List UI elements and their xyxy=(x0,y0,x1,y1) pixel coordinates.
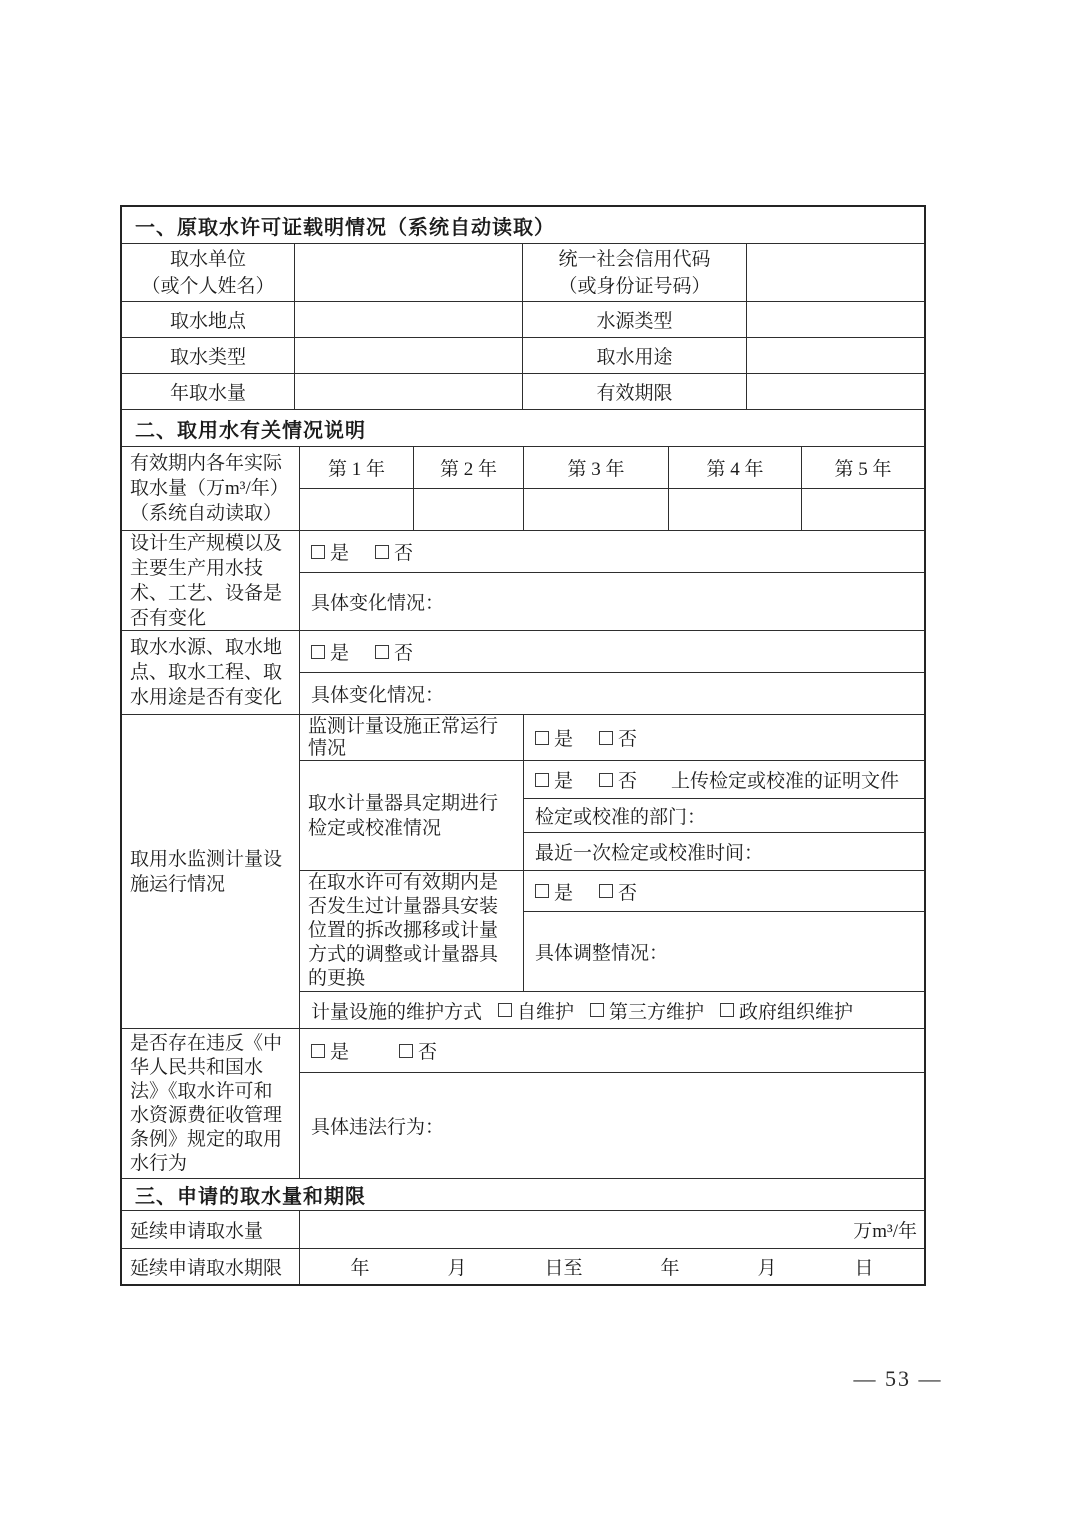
adjustment-yesno-row: 是 否 xyxy=(524,871,924,912)
calibration-last-time-label: 最近一次检定或校准时间： xyxy=(524,833,924,870)
period-year-end: 年 xyxy=(661,1253,680,1280)
renewal-period-label: 延续申请取水期限 xyxy=(122,1249,300,1284)
year-value-cell xyxy=(524,489,669,530)
choice-yes-label: 是 xyxy=(554,878,573,905)
year-header-cell: 第 5 年 xyxy=(802,447,924,488)
field-value-credit-code xyxy=(747,244,924,301)
period-day-end: 日 xyxy=(855,1253,874,1280)
table-row-annual-intake: 年取水量 有效期限 xyxy=(122,374,924,410)
renewal-application-form-table: 一、原取水许可证载明情况（系统自动读取） 取水单位 （或个人姓名） 统一社会信用… xyxy=(120,205,926,1286)
design-change-detail-row: 具体变化情况： xyxy=(300,573,924,629)
field-label-water-source-type: 水源类型 xyxy=(523,302,747,337)
yes-no-choices: 是 否 xyxy=(300,531,924,572)
change-detail-label: 具体变化情况： xyxy=(300,673,924,713)
year-value-cell xyxy=(300,489,414,530)
choice-yes-label: 是 xyxy=(554,766,573,793)
field-value-annual-intake xyxy=(295,374,523,409)
maintenance-mode-label: 计量设施的维护方式 xyxy=(311,997,482,1024)
choice-yes-label: 是 xyxy=(330,1037,349,1064)
adjustment-detail-row: 具体调整情况： xyxy=(524,912,924,991)
checkbox-government-maintenance xyxy=(720,1003,734,1017)
checkbox-yes xyxy=(311,1044,325,1058)
field-value-intake-location xyxy=(295,302,523,337)
checkbox-yes xyxy=(311,645,325,659)
field-label-credit-code: 统一社会信用代码 （或身份证号码） xyxy=(523,244,747,301)
option-third-party-maintenance: 第三方维护 xyxy=(609,997,704,1024)
yes-no-upload-choices: 是 否 上传检定或校准的证明文件 xyxy=(524,761,924,798)
design-change-yesno-row: 是 否 xyxy=(300,531,924,573)
field-value-water-source-type xyxy=(747,302,924,337)
calibration-last-time-row: 最近一次检定或校准时间： xyxy=(524,833,924,870)
source-change-label: 取水水源、取水地 点、取水工程、取 水用途是否有变化 xyxy=(122,631,300,714)
metering-normal-operation-row: 监测计量设施正常运行 情况 是 否 xyxy=(300,715,924,761)
maintenance-mode-choices: 计量设施的维护方式 自维护 第三方维护 政府组织维护 xyxy=(300,992,924,1028)
field-label-validity-period: 有效期限 xyxy=(523,374,747,409)
renewal-amount-row: 延续申请取水量 万m³/年 xyxy=(122,1211,924,1249)
renewal-amount-value-cell: 万m³/年 xyxy=(300,1211,924,1248)
document-page: { "page_footer": "— 53 —", "s1": { "titl… xyxy=(0,0,1075,1519)
choice-no-label: 否 xyxy=(418,1037,437,1064)
year-header-cell: 第 4 年 xyxy=(669,447,802,488)
checkbox-no xyxy=(599,731,613,745)
yes-no-choices: 是 否 xyxy=(300,1029,924,1072)
choice-no-label: 否 xyxy=(394,638,413,665)
checkbox-yes xyxy=(535,884,549,898)
calibration-yesno-row: 是 否 上传检定或校准的证明文件 xyxy=(524,761,924,799)
metering-adjustment-row: 在取水许可有效期内是 否发生过计量器具安装 位置的拆改挪移或计量 方式的调整或计… xyxy=(300,871,924,992)
normal-operation-label: 监测计量设施正常运行 情况 xyxy=(300,715,524,760)
metering-block: 取用水监测计量设 施运行情况 监测计量设施正常运行 情况 是 否 取水计量器具定… xyxy=(122,715,924,1029)
field-label-intake-purpose: 取水用途 xyxy=(523,338,747,373)
section3-header-row: 三、申请的取水量和期限 xyxy=(122,1179,924,1211)
field-value-intake-unit xyxy=(295,244,523,301)
section1-header-row: 一、原取水许可证载明情况（系统自动读取） xyxy=(122,207,924,244)
year-value-cell xyxy=(802,489,924,530)
field-label-annual-intake: 年取水量 xyxy=(122,374,295,409)
field-value-intake-type xyxy=(295,338,523,373)
checkbox-no xyxy=(399,1044,413,1058)
violation-label: 是否存在违反《中 华人民共和国水 法》《取水许可和 水资源费征收管理 条例》规定… xyxy=(122,1029,300,1178)
choice-no-label: 否 xyxy=(618,766,637,793)
metering-label: 取用水监测计量设 施运行情况 xyxy=(122,715,300,1028)
field-value-validity-period xyxy=(747,374,924,409)
field-label-intake-location: 取水地点 xyxy=(122,302,295,337)
choice-no-label: 否 xyxy=(394,538,413,565)
field-label-intake-type: 取水类型 xyxy=(122,338,295,373)
yearly-intake-values-row xyxy=(300,489,924,530)
choice-yes-label: 是 xyxy=(330,538,349,565)
checkbox-no xyxy=(375,545,389,559)
adjustment-label: 在取水许可有效期内是 否发生过计量器具安装 位置的拆改挪移或计量 方式的调整或计… xyxy=(300,871,524,991)
violation-yesno-row: 是 否 xyxy=(300,1029,924,1073)
option-government-maintenance: 政府组织维护 xyxy=(739,997,853,1024)
section2-header-row: 二、取用水有关情况说明 xyxy=(122,410,924,447)
violation-detail-label: 具体违法行为： xyxy=(300,1073,924,1178)
section2-title: 二、取用水有关情况说明 xyxy=(122,410,924,446)
upload-note: 上传检定或校准的证明文件 xyxy=(671,766,899,793)
checkbox-yes xyxy=(311,545,325,559)
violation-block: 是否存在违反《中 华人民共和国水 法》《取水许可和 水资源费征收管理 条例》规定… xyxy=(122,1029,924,1179)
choice-no-label: 否 xyxy=(618,724,637,751)
yearly-intake-label: 有效期内各年实际 取水量（万m³/年） （系统自动读取） xyxy=(122,447,300,530)
year-value-cell xyxy=(669,489,802,530)
checkbox-yes xyxy=(535,731,549,745)
choice-yes-label: 是 xyxy=(330,638,349,665)
change-detail-label: 具体变化情况： xyxy=(300,573,924,629)
period-month-end: 月 xyxy=(758,1253,777,1280)
adjustment-detail-label: 具体调整情况： xyxy=(524,912,924,991)
yearly-intake-block: 有效期内各年实际 取水量（万m³/年） （系统自动读取） 第 1 年 第 2 年… xyxy=(122,447,924,530)
table-row-intake-type: 取水类型 取水用途 xyxy=(122,338,924,374)
checkbox-no xyxy=(599,884,613,898)
checkbox-third-party-maintenance xyxy=(590,1003,604,1017)
period-year-start: 年 xyxy=(350,1253,369,1280)
choice-yes-label: 是 xyxy=(554,724,573,751)
yes-no-choices: 是 否 xyxy=(524,871,924,911)
section1-title: 一、原取水许可证载明情况（系统自动读取） xyxy=(122,207,924,243)
table-row-intake-unit: 取水单位 （或个人姓名） 统一社会信用代码 （或身份证号码） xyxy=(122,244,924,302)
renewal-period-row: 延续申请取水期限 年 月 日至 年 月 日 xyxy=(122,1249,924,1284)
design-change-block: 设计生产规模以及 主要生产用水技 术、工艺、设备是 否有变化 是 否 具体变化情… xyxy=(122,531,924,631)
calibration-label: 取水计量器具定期进行 检定或校准情况 xyxy=(300,761,524,870)
checkbox-no xyxy=(375,645,389,659)
source-change-detail-row: 具体变化情况： xyxy=(300,673,924,713)
field-label-intake-unit: 取水单位 （或个人姓名） xyxy=(122,244,295,301)
checkbox-no xyxy=(599,773,613,787)
design-change-label: 设计生产规模以及 主要生产用水技 术、工艺、设备是 否有变化 xyxy=(122,531,300,630)
year-value-cell xyxy=(414,489,524,530)
source-change-yesno-row: 是 否 xyxy=(300,631,924,673)
yes-no-choices: 是 否 xyxy=(300,631,924,672)
calibration-department-label: 检定或校准的部门： xyxy=(524,799,924,832)
table-row-intake-location: 取水地点 水源类型 xyxy=(122,302,924,338)
violation-detail-row: 具体违法行为： xyxy=(300,1073,924,1178)
maintenance-mode-row: 计量设施的维护方式 自维护 第三方维护 政府组织维护 xyxy=(300,992,924,1028)
option-self-maintenance: 自维护 xyxy=(517,997,574,1024)
metering-calibration-row: 取水计量器具定期进行 检定或校准情况 是 否 上传检定或校准的证明文件 检定或校… xyxy=(300,761,924,871)
renewal-period-value-cell: 年 月 日至 年 月 日 xyxy=(300,1249,924,1284)
checkbox-self-maintenance xyxy=(498,1003,512,1017)
year-header-cell: 第 1 年 xyxy=(300,447,414,488)
section3-title: 三、申请的取水量和期限 xyxy=(122,1179,924,1210)
calibration-department-row: 检定或校准的部门： xyxy=(524,799,924,833)
year-header-cell: 第 3 年 xyxy=(524,447,669,488)
field-value-intake-purpose xyxy=(747,338,924,373)
renewal-amount-unit: 万m³/年 xyxy=(853,1216,917,1243)
yearly-intake-header-row: 第 1 年 第 2 年 第 3 年 第 4 年 第 5 年 xyxy=(300,447,924,489)
checkbox-yes xyxy=(535,773,549,787)
period-month-start: 月 xyxy=(447,1253,466,1280)
source-change-block: 取水水源、取水地 点、取水工程、取 水用途是否有变化 是 否 具体变化情况： xyxy=(122,631,924,715)
page-number: — 53 — xyxy=(838,1366,958,1392)
choice-no-label: 否 xyxy=(618,878,637,905)
renewal-amount-label: 延续申请取水量 xyxy=(122,1211,300,1248)
year-header-cell: 第 2 年 xyxy=(414,447,524,488)
yes-no-choices: 是 否 xyxy=(524,715,924,760)
period-day-start-to: 日至 xyxy=(544,1253,582,1280)
